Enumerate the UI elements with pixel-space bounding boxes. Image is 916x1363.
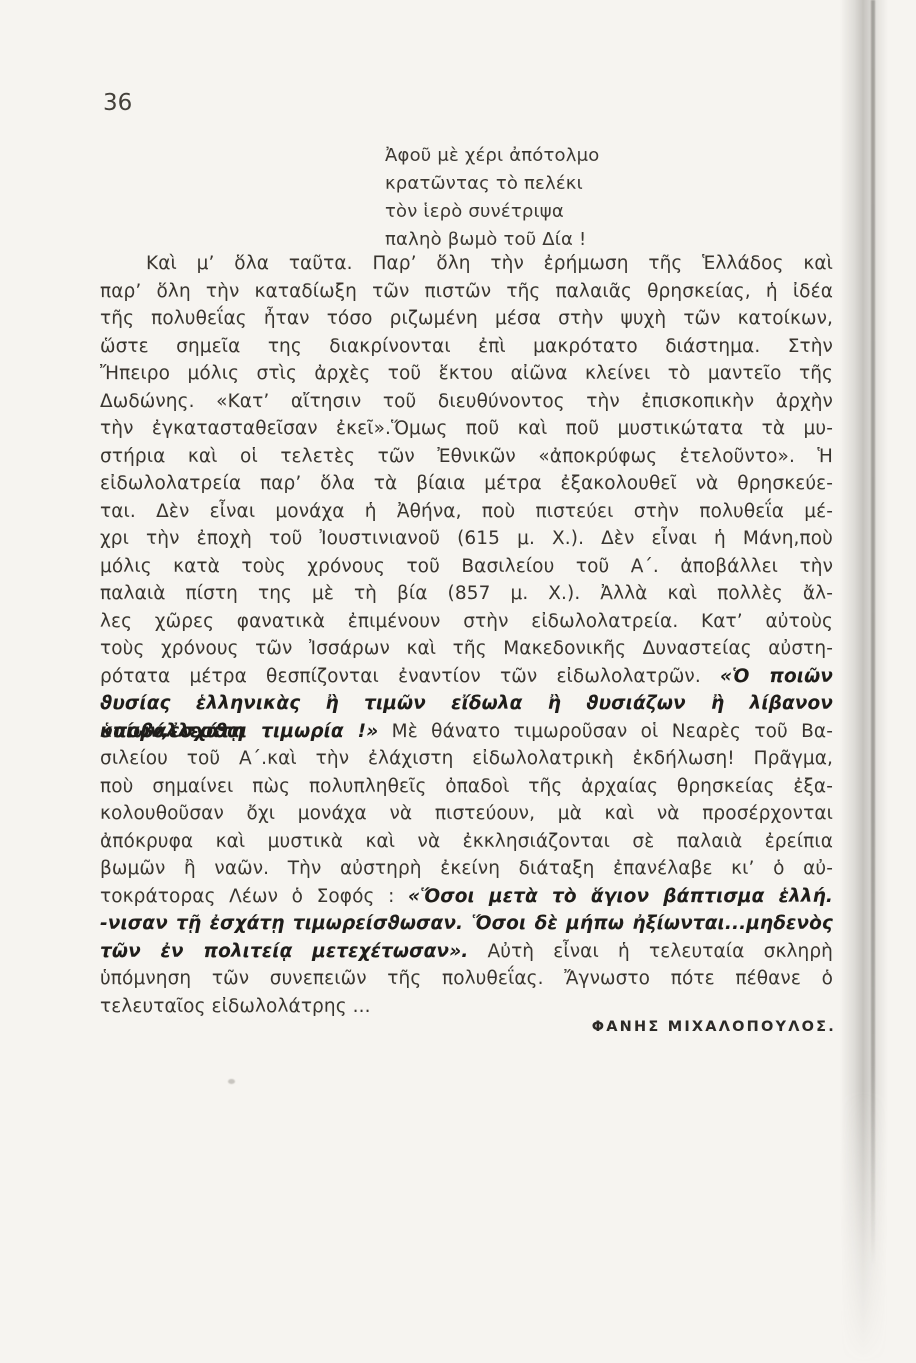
body-text-line: ὑπόμνηση τῶν συνεπειῶν τῆς πολυθεΐας. Ἄγ… (100, 965, 833, 993)
body-text-segment: ρότατα μέτρα θεσπίζονται ἐναντίον τῶν εἰ… (100, 666, 720, 687)
binding-line (871, 0, 875, 1363)
body-text-line: ϑυσίας ἑλληνικὰς ἢ τιμῶν εἴδωλα ἢ ϑυσιάζ… (100, 690, 833, 718)
body-text-line: τὴν ἐγκατασταθεῖσαν ἐκεῖ».Ὅμως ποῦ καὶ π… (100, 415, 833, 443)
body-text-line: ποὺ σημαίνει πὼς πολυπληθεῖς ὀπαδοὶ τῆς … (100, 773, 833, 801)
body-text-segment: τοκράτορας Λέων ὁ Σοφός : (100, 886, 408, 907)
body-text-line: κολουθοῦσαν ὄχι μονάχα νὰ πιστεύουν, μὰ … (100, 800, 833, 828)
body-text-line: παλαιὰ πίστη της μὲ τὴ βία (857 μ. Χ.). … (100, 580, 833, 608)
epigraph-line: τὸν ἱερὸ συνέτριψα (385, 198, 600, 226)
body-text-line: σιλείου τοῦ Α΄.καὶ τὴν ἐλάχιστη εἰδωλολα… (100, 745, 833, 773)
body-text-line: τῆς πολυθεΐας ἦταν τόσο ριζωμένη μέσα στ… (100, 305, 833, 333)
body-text-line: μόλις κατὰ τοὺς χρόνους τοῦ Βασιλείου το… (100, 553, 833, 581)
body-text-line: -νισαν τῇ ἐσχάτῃ τιμωρείσϑωσαν. Ὅσοι δὲ … (100, 910, 833, 938)
body-text-line: παρ’ ὅλη τὴν καταδίωξη τῶν πιστῶν τῆς πα… (100, 278, 833, 306)
quoted-law-text: «Ὅσοι μετὰ τὸ ἅγιον βάπτισμα ἑλλή. (408, 886, 833, 907)
body-text-line: εἰδωλολατρεία παρ’ ὅλα τὰ βίαια μέτρα ἐξ… (100, 470, 833, 498)
epigraph-line: Ἀφοῦ μὲ χέρι ἀπότολμο (385, 142, 600, 170)
epigraph-line: κρατῶντας τὸ πελέκι (385, 170, 600, 198)
quoted-law-text: ὑποβάλλεσϑαι τιμωρία !» (100, 721, 378, 742)
epigraph: Ἀφοῦ μὲ χέρι ἀπότολμοκρατῶντας τὸ πελέκι… (385, 142, 600, 254)
binding-shadow (840, 0, 888, 1363)
body-text-line: χρι τὴν ἐποχὴ τοῦ Ἰουστινιανοῦ (615 μ. Χ… (100, 525, 833, 553)
body-text-line: τοὺς χρόνους τῶν Ἰσσάρων καὶ τῆς Μακεδον… (100, 635, 833, 663)
author-signature: ΦΑΝΗΣ ΜΙΧΑΛΟΠΟΥΛΟΣ. (100, 1019, 836, 1035)
body-text-segment: Μὲ θάνατο τιμωροῦσαν οἱ Νεαρὲς τοῦ Βα- (378, 721, 833, 742)
body-text-line: λες χῶρες φανατικὰ ἐπιμένουν στὴν εἰδωλο… (100, 608, 833, 636)
body-text-line: Δωδώνης. «Κατ’ αἴτησιν τοῦ διευθύνοντος … (100, 388, 833, 416)
body-text-line: τοκράτορας Λέων ὁ Σοφός : «Ὅσοι μετὰ τὸ … (100, 883, 833, 911)
quoted-law-text: -νισαν τῇ ἐσχάτῃ τιμωρείσϑωσαν. Ὅσοι δὲ … (100, 913, 833, 934)
paper-speck (228, 1079, 235, 1084)
book-page-scan: 36 Ἀφοῦ μὲ χέρι ἀπότολμοκρατῶντας τὸ πελ… (0, 0, 916, 1363)
quoted-law-text: «Ὁ ποιῶν (720, 666, 833, 687)
body-text-line: τῶν ἐν πολιτείᾳ μετεχέτωσαν». Αὐτὴ εἶναι… (100, 938, 833, 966)
body-text-line: Ἤπειρο μόλις στὶς ἀρχὲς τοῦ ἕκτου αἰῶνα … (100, 360, 833, 388)
body-text-line: ὑποβάλλεσϑαι τιμωρία !» Μὲ θάνατο τιμωρο… (100, 718, 833, 746)
page-number: 36 (103, 92, 132, 115)
body-text-line: βωμῶν ἢ ναῶν. Τὴν αὐστηρὴ ἐκείνη διάταξη… (100, 855, 833, 883)
body-text-line: ὥστε σημεῖα της διακρίνονται ἐπὶ μακρότα… (100, 333, 833, 361)
body-text-line: Καὶ μ’ ὅλα ταῦτα. Παρ’ ὅλη τὴν ἐρήμωση τ… (100, 250, 833, 278)
body-text-line: ται. Δὲν εἶναι μονάχα ἡ Ἀθήνα, ποὺ πιστε… (100, 498, 833, 526)
body-text-segment: Αὐτὴ εἶναι ἡ τελευταία σκληρὴ (468, 941, 833, 962)
body-text-line: ἀπόκρυφα καὶ μυστικὰ καὶ νὰ ἐκκλησιάζοντ… (100, 828, 833, 856)
body-text-line: τελευταῖος εἰδωλολάτρης ... (100, 993, 833, 1021)
body-text-line: στήρια καὶ οἱ τελετὲς τῶν Ἐθνικῶν «ἀποκρ… (100, 443, 833, 471)
quoted-law-text: τῶν ἐν πολιτείᾳ μετεχέτωσαν». (100, 941, 468, 962)
body-paragraph: Καὶ μ’ ὅλα ταῦτα. Παρ’ ὅλη τὴν ἐρήμωση τ… (100, 250, 833, 1020)
body-text-line: ρότατα μέτρα θεσπίζονται ἐναντίον τῶν εἰ… (100, 663, 833, 691)
